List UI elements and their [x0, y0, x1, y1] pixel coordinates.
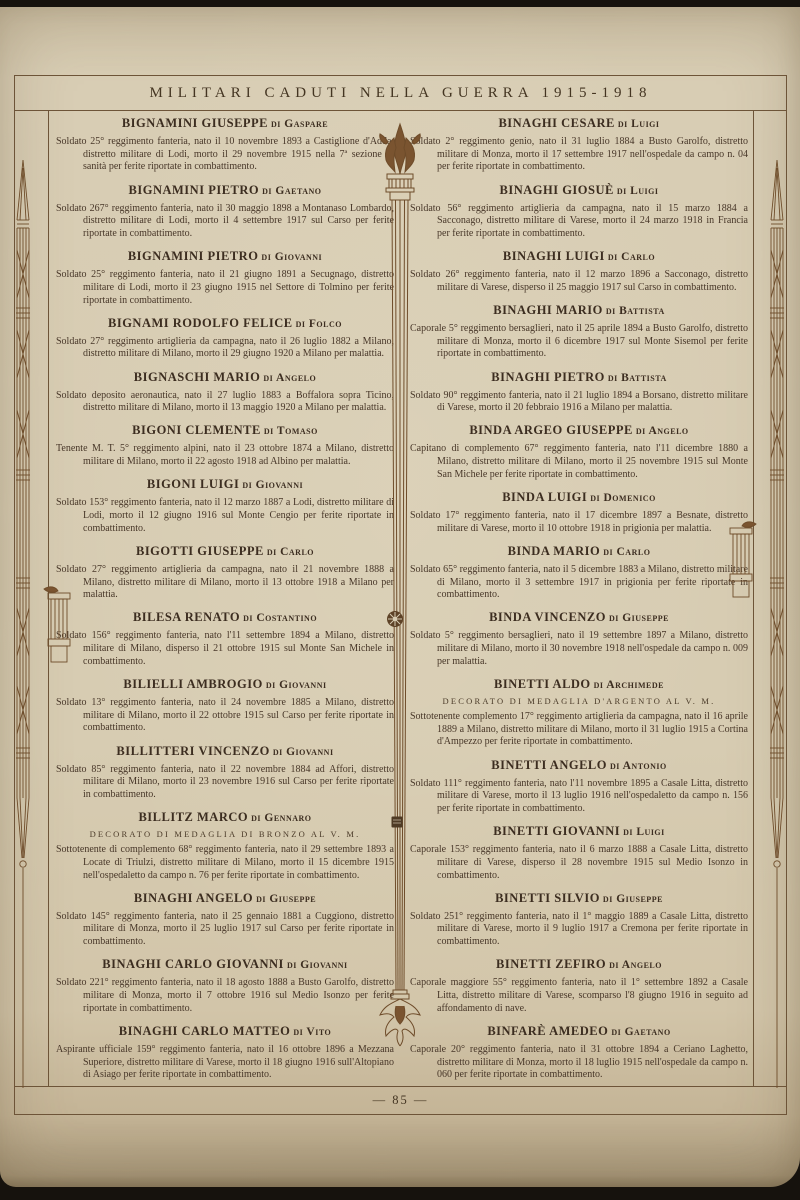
entry-body: Soldato 153° reggimento fanteria, nato i… — [56, 497, 394, 535]
entry-body: Soldato 25° reggimento fanteria, nato il… — [56, 136, 394, 174]
memorial-entry: BINAGHI CARLO MATTEOdi Vito Aspirante uf… — [56, 1024, 394, 1082]
entry-heading: BILIELLI AMBROGIOdi Giovanni — [56, 677, 394, 692]
entry-name: BINAGHI LUIGI — [503, 249, 605, 263]
entry-name: BINETTI ANGELO — [491, 758, 607, 772]
entry-patronymic: di Vito — [293, 1026, 331, 1038]
entry-name: BINETTI ALDO — [494, 677, 591, 691]
entry-name: BILESA RENATO — [133, 610, 240, 624]
memorial-entry: BINDA MARIOdi Carlo Soldato 65° reggimen… — [410, 544, 748, 602]
entry-patronymic: di Carlo — [603, 546, 650, 558]
entry-heading: BILLITTERI VINCENZOdi Giovanni — [56, 744, 394, 759]
entry-heading: BILLITZ MARCOdi Gennaro — [56, 810, 394, 825]
entry-patronymic: di Giuseppe — [603, 893, 663, 905]
memorial-entry: BIGNAMINI PIETROdi Giovanni Soldato 25° … — [56, 249, 394, 307]
page-footer: — 85 — — [15, 1086, 786, 1114]
memorial-entry: BINAGHI LUIGIdi Carlo Soldato 26° reggim… — [410, 249, 748, 294]
entry-body: Soldato 251° reggimento fanteria, nato i… — [410, 911, 748, 949]
entry-heading: BINETTI SILVIOdi Giuseppe — [410, 891, 748, 906]
memorial-entry: BINETTI ZEFIROdi Angelo Caporale maggior… — [410, 957, 748, 1015]
memorial-entry: BILIELLI AMBROGIOdi Giovanni Soldato 13°… — [56, 677, 394, 735]
memorial-entry: BIGONI CLEMENTEdi Tomaso Tenente M. T. 5… — [56, 423, 394, 468]
scanned-book-page: { "page": { "title": "MILITARI CADUTI NE… — [0, 0, 800, 1200]
entry-patronymic: di Angelo — [609, 959, 662, 971]
entry-body: Soldato 65° reggimento fanteria, nato il… — [410, 564, 748, 602]
memorial-entry: BIGOTTI GIUSEPPEdi Carlo Soldato 27° reg… — [56, 544, 394, 602]
entry-body: Soldato 5° reggimento bersaglieri, nato … — [410, 630, 748, 668]
entry-body: Soldato 85° reggimento fanteria, nato il… — [56, 764, 394, 802]
entry-body: Aspirante ufficiale 159° reggimento fant… — [56, 1044, 394, 1082]
entry-name: BILIELLI AMBROGIO — [123, 677, 262, 691]
entry-name: BINDA ARGEO GIUSEPPE — [469, 423, 633, 437]
memorial-entry: BIGNAMI RODOLFO FELICEdi Folco Soldato 2… — [56, 316, 394, 361]
entry-name: BINDA VINCENZO — [489, 610, 606, 624]
entry-patronymic: di Giuseppe — [609, 612, 669, 624]
entry-body: Sottotenente di complemento 68° reggimen… — [56, 844, 394, 882]
entry-patronymic: di Gennaro — [251, 812, 311, 824]
entry-patronymic: di Battista — [608, 372, 667, 384]
memorial-entry: BINAGHI CARLO GIOVANNIdi Giovanni Soldat… — [56, 957, 394, 1015]
entry-body: Soldato 90° reggimento fanteria, nato il… — [410, 390, 748, 415]
entry-patronymic: di Carlo — [608, 251, 655, 263]
torch-column-ornament — [374, 110, 426, 1085]
entry-patronymic: di Luigi — [623, 826, 665, 838]
entry-body: Soldato 2° reggimento genio, nato il 31 … — [410, 136, 748, 174]
rosette-stamp-icon — [385, 609, 405, 629]
entry-heading: BINETTI ANGELOdi Antonio — [410, 758, 748, 773]
entry-body: Caporale 153° reggimento fanteria, nato … — [410, 844, 748, 882]
entry-decoration-line: DECORATO DI MEDAGLIA D'ARGENTO AL V. M. — [410, 696, 748, 706]
entry-name: BINFARÈ AMEDEO — [487, 1024, 608, 1038]
entry-patronymic: di Luigi — [617, 185, 659, 197]
entry-patronymic: di Angelo — [636, 425, 689, 437]
entry-body: Soldato 27° reggimento artiglieria da ca… — [56, 564, 394, 602]
entry-patronymic: di Gaetano — [611, 1026, 670, 1038]
entry-heading: BINETTI ZEFIROdi Angelo — [410, 957, 748, 972]
entry-patronymic: di Domenico — [590, 492, 656, 504]
entry-heading: BIGOTTI GIUSEPPEdi Carlo — [56, 544, 394, 559]
entry-body: Soldato 145° reggimento fanteria, nato i… — [56, 911, 394, 949]
memorial-entry: BINDA LUIGIdi Domenico Soldato 17° reggi… — [410, 490, 748, 535]
left-column: BIGNAMINI GIUSEPPEdi Gaspare Soldato 25°… — [56, 116, 394, 1082]
entry-patronymic: di Gaspare — [271, 118, 328, 130]
entry-heading: BINAGHI CARLO MATTEOdi Vito — [56, 1024, 394, 1039]
memorial-entry: BILLITTERI VINCENZOdi Giovanni Soldato 8… — [56, 744, 394, 802]
entry-heading: BIGNAMINI PIETROdi Gaetano — [56, 183, 394, 198]
entry-body: Soldato 25° reggimento fanteria, nato il… — [56, 269, 394, 307]
entry-body: Soldato 17° reggimento fanteria, nato il… — [410, 510, 748, 535]
entry-heading: BINAGHI ANGELOdi Giuseppe — [56, 891, 394, 906]
memorial-entry: BILLITZ MARCOdi Gennaro DECORATO DI MEDA… — [56, 810, 394, 882]
entry-heading: BINAGHI CARLO GIOVANNIdi Giovanni — [56, 957, 394, 972]
entry-heading: BINAGHI PIETROdi Battista — [410, 370, 748, 385]
entry-patronymic: di Luigi — [618, 118, 660, 130]
entry-name: BIGONI LUIGI — [147, 477, 239, 491]
entry-name: BIGONI CLEMENTE — [132, 423, 261, 437]
entry-heading: BINAGHI MARIOdi Battista — [410, 303, 748, 318]
entry-name: BINAGHI GIOSUÈ — [500, 183, 614, 197]
entry-patronymic: di Costantino — [243, 612, 317, 624]
entry-body: Caporale 20° reggimento fanteria, nato i… — [410, 1044, 748, 1082]
entry-name: BINDA MARIO — [508, 544, 601, 558]
entry-heading: BINDA ARGEO GIUSEPPEdi Angelo — [410, 423, 748, 438]
fasces-ornament — [9, 158, 37, 1093]
entry-patronymic: di Giovanni — [261, 251, 322, 263]
entry-patronymic: di Tomaso — [264, 425, 318, 437]
memorial-entry: BIGNAMINI PIETROdi Gaetano Soldato 267° … — [56, 183, 394, 241]
entry-name: BINAGHI PIETRO — [491, 370, 605, 384]
entry-name: BINAGHI MARIO — [493, 303, 603, 317]
memorial-entry: BINFARÈ AMEDEOdi Gaetano Caporale 20° re… — [410, 1024, 748, 1082]
memorial-entry: BIGONI LUIGIdi Giovanni Soldato 153° reg… — [56, 477, 394, 535]
entry-body: Tenente M. T. 5° reggimento alpini, nato… — [56, 443, 394, 468]
entry-name: BIGNASCHI MARIO — [134, 370, 261, 384]
entry-patronymic: di Angelo — [263, 372, 316, 384]
entry-body: Soldato 27° reggimento artiglieria da ca… — [56, 336, 394, 361]
memorial-entry: BINDA VINCENZOdi Giuseppe Soldato 5° reg… — [410, 610, 748, 668]
entry-name: BIGNAMINI GIUSEPPE — [122, 116, 268, 130]
entry-patronymic: di Giuseppe — [256, 893, 316, 905]
entry-patronymic: di Antonio — [610, 760, 667, 772]
memorial-entry: BINETTI GIOVANNIdi Luigi Caporale 153° r… — [410, 824, 748, 882]
entry-body: Soldato 56° reggimento artiglieria da ca… — [410, 203, 748, 241]
entry-heading: BINDA MARIOdi Carlo — [410, 544, 748, 559]
right-column: BINAGHI CESAREdi Luigi Soldato 2° reggim… — [410, 116, 748, 1082]
entry-name: BINAGHI CESARE — [498, 116, 614, 130]
entry-name: BIGNAMINI PIETRO — [129, 183, 260, 197]
memorial-entry: BINAGHI ANGELOdi Giuseppe Soldato 145° r… — [56, 891, 394, 949]
memorial-entry: BINETTI ALDOdi Archimede DECORATO DI MED… — [410, 677, 748, 749]
entry-heading: BIGONI CLEMENTEdi Tomaso — [56, 423, 394, 438]
entry-heading: BINDA LUIGIdi Domenico — [410, 490, 748, 505]
entry-body: Soldato 267° reggimento fanteria, nato i… — [56, 203, 394, 241]
entry-name: BINAGHI ANGELO — [134, 891, 253, 905]
entry-name: BINAGHI CARLO MATTEO — [119, 1024, 291, 1038]
memorial-entry: BINETTI SILVIOdi Giuseppe Soldato 251° r… — [410, 891, 748, 949]
entry-body: Soldato 26° reggimento fanteria, nato il… — [410, 269, 748, 294]
entry-name: BIGNAMINI PIETRO — [128, 249, 259, 263]
memorial-entry: BINDA ARGEO GIUSEPPEdi Angelo Capitano d… — [410, 423, 748, 481]
entry-body: Capitano di complemento 67° reggimento f… — [410, 443, 748, 481]
entry-body: Caporale maggiore 55° reggimento fanteri… — [410, 977, 748, 1015]
entry-body: Soldato 111° reggimento fanteria, nato l… — [410, 778, 748, 816]
entry-body: Soldato 221° reggimento fanteria, nato i… — [56, 977, 394, 1015]
memorial-entry: BILESA RENATOdi Costantino Soldato 156° … — [56, 610, 394, 668]
entry-body: Caporale 5° reggimento bersaglieri, nato… — [410, 323, 748, 361]
entry-name: BIGNAMI RODOLFO FELICE — [108, 316, 293, 330]
entry-body: Soldato deposito aeronautica, nato il 27… — [56, 390, 394, 415]
entry-patronymic: di Carlo — [267, 546, 314, 558]
entry-patronymic: di Giovanni — [273, 746, 334, 758]
memorial-entry: BIGNASCHI MARIOdi Angelo Soldato deposit… — [56, 370, 394, 415]
entry-heading: BIGNAMINI GIUSEPPEdi Gaspare — [56, 116, 394, 131]
entry-heading: BILESA RENATOdi Costantino — [56, 610, 394, 625]
entry-name: BINETTI GIOVANNI — [493, 824, 620, 838]
entry-patronymic: di Giovanni — [287, 959, 348, 971]
entry-body: Soldato 156° reggimento fanteria, nato l… — [56, 630, 394, 668]
entry-heading: BINAGHI GIOSUÈdi Luigi — [410, 183, 748, 198]
entry-name: BIGOTTI GIUSEPPE — [136, 544, 264, 558]
square-stamp-icon — [391, 816, 403, 828]
entry-heading: BINFARÈ AMEDEOdi Gaetano — [410, 1024, 748, 1039]
entry-patronymic: di Giovanni — [266, 679, 327, 691]
entry-name: BINAGHI CARLO GIOVANNI — [102, 957, 284, 971]
memorial-entry: BINAGHI GIOSUÈdi Luigi Soldato 56° reggi… — [410, 183, 748, 241]
entry-name: BINETTI ZEFIRO — [496, 957, 606, 971]
entry-heading: BIGNAMINI PIETROdi Giovanni — [56, 249, 394, 264]
memorial-entry: BINAGHI CESAREdi Luigi Soldato 2° reggim… — [410, 116, 748, 174]
entry-name: BINETTI SILVIO — [495, 891, 600, 905]
entry-heading: BIGONI LUIGIdi Giovanni — [56, 477, 394, 492]
entry-name: BILLITTERI VINCENZO — [116, 744, 269, 758]
entry-heading: BINAGHI LUIGIdi Carlo — [410, 249, 748, 264]
memorial-entry: BINAGHI MARIOdi Battista Caporale 5° reg… — [410, 303, 748, 361]
page-number: — 85 — — [373, 1093, 429, 1108]
entry-patronymic: di Battista — [606, 305, 665, 317]
entry-name: BILLITZ MARCO — [138, 810, 248, 824]
entry-decoration-line: DECORATO DI MEDAGLIA DI BRONZO AL V. M. — [56, 829, 394, 839]
entry-heading: BINAGHI CESAREdi Luigi — [410, 116, 748, 131]
entry-heading: BIGNASCHI MARIOdi Angelo — [56, 370, 394, 385]
entry-heading: BINDA VINCENZOdi Giuseppe — [410, 610, 748, 625]
fasces-ornament — [763, 158, 791, 1093]
memorial-entry: BINAGHI PIETROdi Battista Soldato 90° re… — [410, 370, 748, 415]
entry-patronymic: di Gaetano — [262, 185, 321, 197]
entry-name: BINDA LUIGI — [502, 490, 587, 504]
page-header: MILITARI CADUTI NELLA GUERRA 1915-1918 — [15, 76, 786, 111]
pilaster-ornament — [726, 518, 760, 600]
pilaster-ornament — [40, 583, 74, 665]
memorial-entry: BINETTI ANGELOdi Antonio Soldato 111° re… — [410, 758, 748, 816]
entry-patronymic: di Archimede — [594, 679, 664, 691]
entry-patronymic: di Folco — [296, 318, 342, 330]
entry-heading: BINETTI GIOVANNIdi Luigi — [410, 824, 748, 839]
page-title: MILITARI CADUTI NELLA GUERRA 1915-1918 — [149, 85, 651, 102]
entry-patronymic: di Giovanni — [242, 479, 303, 491]
memorial-entry: BIGNAMINI GIUSEPPEdi Gaspare Soldato 25°… — [56, 116, 394, 174]
entry-heading: BIGNAMI RODOLFO FELICEdi Folco — [56, 316, 394, 331]
entry-body: Sottotenente complemento 17° reggimento … — [410, 711, 748, 749]
entry-body: Soldato 13° reggimento fanteria, nato il… — [56, 697, 394, 735]
entry-heading: BINETTI ALDOdi Archimede — [410, 677, 748, 692]
